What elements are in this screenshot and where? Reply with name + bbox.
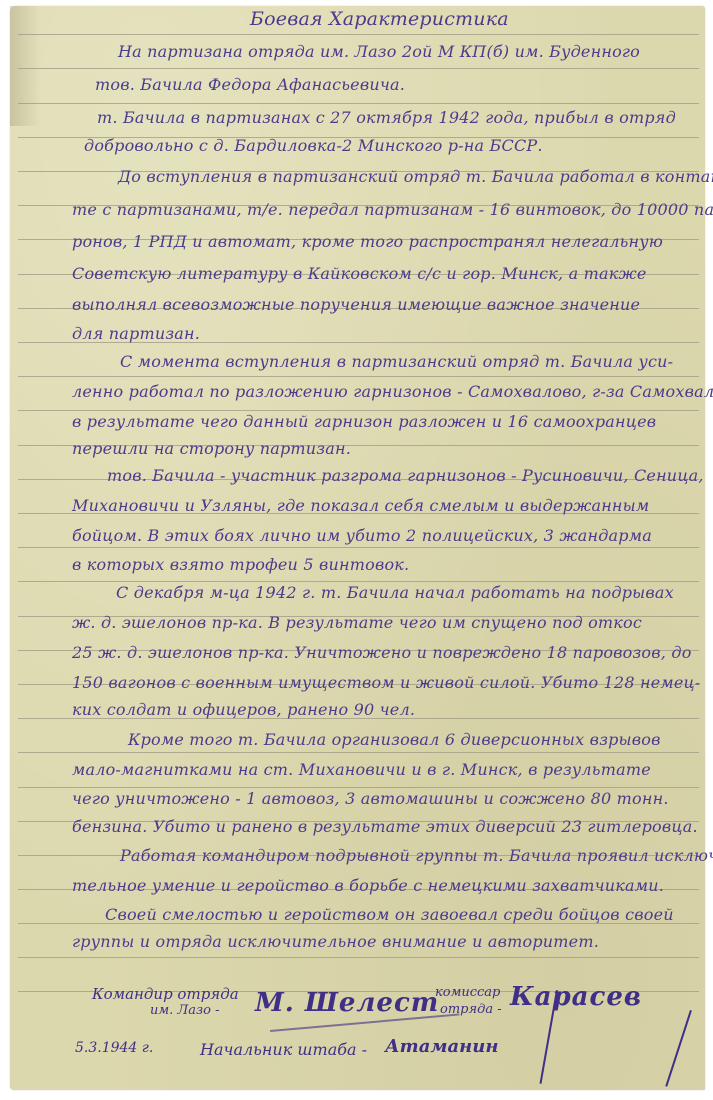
text-line: Своей смелостью и геройством он завоевал…: [105, 905, 674, 924]
commissar-signature: Карасев: [510, 982, 642, 1012]
text-line: чего уничтожено - 1 автовоз, 3 автомашин…: [72, 789, 669, 808]
commander-label: Командир отряда: [92, 985, 239, 1003]
text-line: выполнял всевозможные поручения имеющие …: [72, 295, 640, 314]
commander-unit-label: им. Лазо -: [150, 1003, 219, 1018]
text-line: бензина. Убито и ранено в результате эти…: [72, 817, 698, 836]
text-line: для партизан.: [72, 324, 200, 343]
text-line: На партизана отряда им. Лазо 2ой М КП(б)…: [118, 42, 640, 61]
text-line: добровольно с д. Бардиловка-2 Минского р…: [84, 136, 543, 155]
ruled-line: [18, 957, 699, 958]
ruled-line: [18, 581, 699, 582]
ruled-line: [18, 103, 699, 104]
text-line: ж. д. эшелонов пр-ка. В результате чего …: [72, 613, 642, 632]
text-line: тов. Бачила - участник разгрома гарнизон…: [107, 466, 704, 485]
ruled-line: [18, 376, 699, 377]
text-line: Работая командиром подрывной группы т. Б…: [120, 846, 713, 865]
text-line: Советскую литературу в Кайковском с/с и …: [72, 264, 647, 283]
ruled-line: [18, 752, 699, 753]
text-line: ленно работал по разложению гарнизонов -…: [72, 382, 713, 401]
text-line: группы и отряда исключительное внимание …: [72, 932, 599, 951]
text-line: перешли на сторону партизан.: [72, 439, 351, 458]
text-line: ронов, 1 РПД и автомат, кроме того распр…: [72, 232, 663, 251]
chief-of-staff-signature: Атаманин: [385, 1036, 498, 1057]
ruled-line: [18, 34, 699, 35]
text-line: Кроме того т. Бачила организовал 6 дивер…: [128, 730, 661, 749]
chief-of-staff-label: Начальник штаба -: [200, 1040, 367, 1059]
text-line: ких солдат и офицеров, ранено 90 чел.: [72, 700, 415, 719]
text-line: в результате чего данный гарнизон разлож…: [72, 412, 656, 431]
text-line: тельное умение и геройство в борьбе с не…: [72, 876, 664, 895]
text-line: 150 вагонов с военным имуществом и живой…: [72, 673, 701, 692]
text-line: мало-магнитками на ст. Михановичи и в г.…: [72, 760, 651, 779]
document-title: Боевая Характеристика: [250, 8, 509, 30]
text-line: тов. Бачила Федора Афанасьевича.: [95, 75, 405, 94]
text-line: бойцом. В этих боях лично им убито 2 пол…: [72, 526, 652, 545]
ruled-line: [18, 547, 699, 548]
paper-fold-shadow: [10, 6, 40, 126]
text-line: Михановичи и Узляны, где показал себя см…: [72, 496, 649, 515]
document-date: 5.3.1944 г.: [75, 1040, 153, 1056]
ruled-line: [18, 787, 699, 788]
text-line: в которых взято трофеи 5 винтовок.: [72, 555, 409, 574]
ruled-line: [18, 68, 699, 69]
text-line: До вступления в партизанский отряд т. Ба…: [118, 167, 713, 186]
commissar-label: комиссар: [435, 985, 500, 1000]
commander-signature: М. Шелест: [255, 988, 439, 1018]
text-line: те с партизанами, т/е. передал партизана…: [72, 200, 713, 219]
text-line: С декабря м-ца 1942 г. т. Бачила начал р…: [116, 583, 674, 602]
text-line: т. Бачила в партизанах с 27 октября 1942…: [97, 108, 676, 127]
ruled-line: [18, 410, 699, 411]
text-line: 25 ж. д. эшелонов пр-ка. Уничтожено и по…: [72, 643, 692, 662]
text-line: С момента вступления в партизанский отря…: [120, 352, 673, 371]
